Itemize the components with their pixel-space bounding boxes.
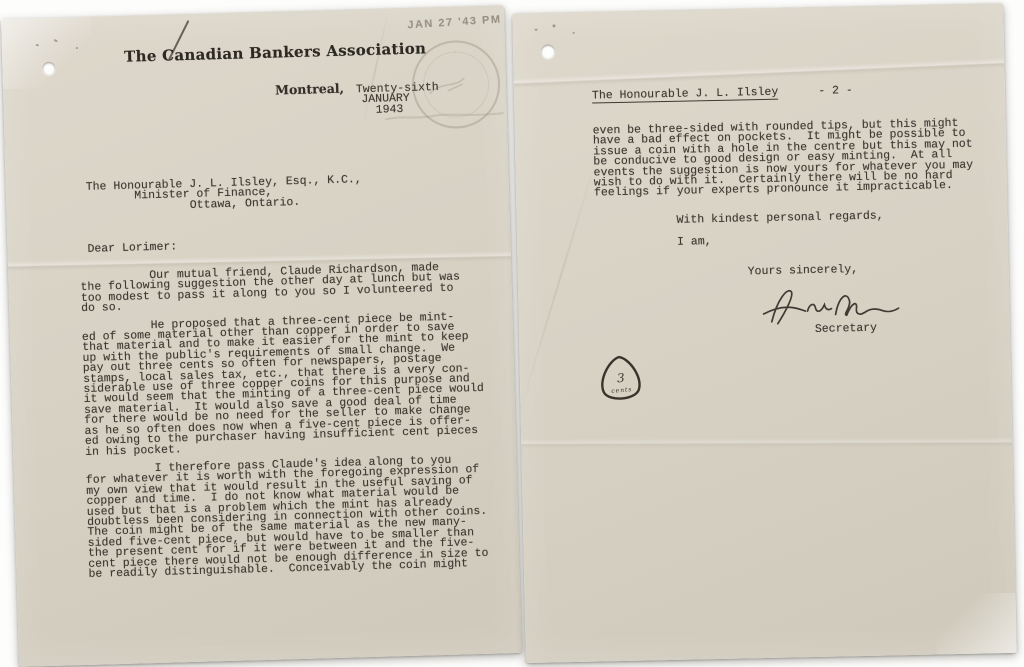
- staple-mark: [53, 39, 57, 43]
- paper-crease: [521, 437, 1012, 449]
- received-date-stamp: JAN 27 '43 PM: [407, 14, 502, 32]
- punch-hole: [541, 44, 555, 58]
- three-cent-coin-sketch: 3 cents: [587, 348, 654, 411]
- staple-mark: [573, 32, 575, 34]
- paragraph: He proposed that a three-cent piece be m…: [82, 311, 506, 458]
- staple-mark: [76, 47, 78, 49]
- letter-body-page-2: even be three-sided with rounded tips, b…: [593, 118, 994, 199]
- coin-value-label: 3: [616, 371, 625, 386]
- scan-background: The Canadian Bankers Association JAN 27 …: [0, 0, 1024, 667]
- punch-hole: [42, 62, 55, 75]
- staple-mark: [552, 24, 555, 27]
- corner-fold: [1, 17, 93, 89]
- letter-page-2: The Honourable J. L. Ilsley - 2 - even b…: [512, 3, 1017, 663]
- staple-mark: [36, 44, 39, 46]
- paragraph: Our mutual friend, Claude Richardson, ma…: [80, 261, 501, 314]
- paper-crease: [520, 158, 597, 407]
- dateline-block: Montreal, Twenty-sixth JANUARY 1943: [275, 81, 439, 119]
- page-2-header: The Honourable J. L. Ilsley - 2 -: [592, 86, 853, 104]
- letterhead-title: The Canadian Bankers Association: [124, 39, 427, 65]
- coin-unit-label: cents: [611, 386, 633, 395]
- letter-body-page-1: Our mutual friend, Claude Richardson, ma…: [80, 261, 509, 588]
- regards-line: With kindest personal regards,: [677, 211, 884, 226]
- header-recipient-name: The Honourable J. L. Ilsley: [592, 88, 779, 104]
- recipient-address: The Honourable J. L. Ilsley, Esq., K.C.,…: [86, 175, 363, 214]
- closing-line: Yours sincerely,: [748, 265, 859, 278]
- paragraph: I therefore pass Claude's idea along to …: [86, 454, 509, 580]
- i-am-line: I am,: [677, 237, 712, 248]
- letter-page-1: The Canadian Bankers Association JAN 27 …: [1, 5, 522, 667]
- signer-title: Secretary: [815, 324, 877, 336]
- corner-fold: [936, 593, 1017, 655]
- dateline-year: 1943: [376, 104, 440, 116]
- page-number: - 2 -: [818, 86, 853, 99]
- paper-crease: [514, 58, 1005, 89]
- dateline-city: Montreal,: [275, 84, 344, 96]
- salutation: Dear Lorimer:: [87, 242, 177, 255]
- staple-mark: [535, 29, 538, 31]
